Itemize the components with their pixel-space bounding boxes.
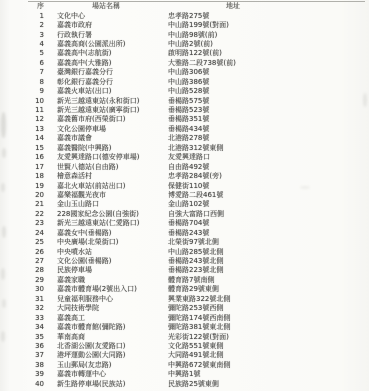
table-row: 29 嘉義家職 體育路7號南側 — [28, 276, 365, 285]
station-name-cell: 嘉義高中(大雅路) — [44, 59, 168, 68]
row-number: 38 — [28, 361, 44, 370]
station-name-cell: 嘉義舊市府(西榮街口) — [44, 115, 168, 124]
row-number: 10 — [28, 97, 44, 106]
row-number: 15 — [28, 144, 44, 153]
station-table-body: 1 文化中心 忠孝路275號 2 嘉義市政府 中山路199號(對面) 3 行政執… — [28, 11, 365, 389]
address-cell: 中山路2號(前) — [168, 40, 365, 49]
address-cell: 垂楊路243號北側 — [168, 257, 365, 266]
row-number: 16 — [28, 153, 44, 162]
address-cell: 垂楊路223號北側 — [168, 266, 365, 275]
scan-smudge — [1, 331, 5, 342]
scan-smudge — [2, 226, 6, 238]
station-name-cell: 嘉義市體育場(2號出入口) — [44, 285, 168, 294]
table-row: 38 玉山郵局(友忠路) 中興路672號東南側 — [28, 361, 365, 370]
row-number: 4 — [28, 40, 44, 49]
table-row: 16 友愛興達路口(德安停車場) 友愛興達路口 — [28, 153, 365, 162]
table-row: 18 檜意森活村 忠孝路284號(旁) — [28, 172, 365, 181]
address-cell: 北港路312號東側 — [168, 144, 365, 153]
station-name-cell: 玉山郵局(友忠路) — [44, 361, 168, 370]
station-name-cell: 新光三越遠東站(永和街口) — [44, 97, 168, 106]
address-cell: 垂楊路243號 — [168, 229, 365, 238]
table-row: 8 彰化銀行嘉義分行 中山路386號 — [28, 78, 365, 87]
station-name-cell: 兒童福利服務中心 — [44, 295, 168, 304]
station-name-cell: 嘉義市轉運中心 — [44, 370, 168, 379]
address-cell: 彌陀路253號西側 — [168, 304, 365, 313]
table-row: 22 228國家紀念公園(自強街) 自強大富路口西側 — [28, 210, 365, 219]
station-name-cell: 228國家紀念公園(自強街) — [44, 210, 168, 219]
row-number: 33 — [28, 314, 44, 323]
address-cell: 中山路98號(前) — [168, 31, 365, 40]
row-number: 12 — [28, 115, 44, 124]
station-name-cell: 文化公園停車場 — [44, 125, 168, 134]
table-row: 15 嘉義醫院(中興路) 北港路312號東側 — [28, 144, 365, 153]
row-number: 17 — [28, 163, 44, 172]
row-number: 25 — [28, 238, 44, 247]
row-number: 1 — [28, 12, 44, 21]
table-row: 27 文化公園(垂楊路) 垂楊路243號北側 — [28, 257, 365, 266]
station-name-cell: 北香湖公園(友愛路口) — [44, 342, 168, 351]
station-name-cell: 港坪運動公園(大同路) — [44, 351, 168, 360]
address-cell: 啟明路122號(前) — [168, 49, 365, 58]
row-number: 22 — [28, 210, 44, 219]
row-number: 8 — [28, 78, 44, 87]
station-name-cell: 中央噴水站 — [44, 248, 168, 257]
station-name-cell: 嘉樂福觀光夜市 — [44, 191, 168, 200]
table-row: 39 嘉義市轉運中心 中興路1號 — [28, 370, 365, 379]
address-cell: 垂楊路434號 — [168, 125, 365, 134]
station-name-cell: 大同技術學院 — [44, 304, 168, 313]
address-cell: 中興路1號 — [168, 370, 365, 379]
row-number: 11 — [28, 106, 44, 115]
address-cell: 垂楊路351號 — [168, 115, 365, 124]
address-cell: 忠孝路275號 — [168, 12, 365, 21]
row-number: 13 — [28, 125, 44, 134]
address-cell: 忠孝路284號(旁) — [168, 172, 365, 181]
table-row: 13 文化公園停車場 垂楊路434號 — [28, 125, 365, 134]
station-name-cell: 嘉義市政府 — [44, 21, 168, 30]
table-row: 36 北香湖公園(友愛路口) 文化路551號東側 — [28, 342, 365, 351]
address-cell: 體育路29號東側 — [168, 285, 365, 294]
table-row: 2 嘉義市政府 中山路199號(對面) — [28, 21, 365, 30]
row-number: 20 — [28, 191, 44, 200]
address-cell: 文化路551號東側 — [168, 342, 365, 351]
scan-smudge — [1, 112, 6, 138]
table-row: 31 兒童福利服務中心 興業東路322號北側 — [28, 295, 365, 304]
station-name-cell: 嘉義醫院(中興路) — [44, 144, 168, 153]
table-row: 17 世賢八德站(自由路) 自由路492號 — [28, 162, 365, 171]
station-name-cell: 嘉義女中(垂楊路) — [44, 229, 168, 238]
table-row: 33 嘉義高工 彌陀路174號西南側 — [28, 313, 365, 322]
address-cell: 垂楊路704號 — [168, 219, 365, 228]
row-number: 14 — [28, 134, 44, 143]
station-name-cell: 行政執行署 — [44, 31, 168, 40]
table-row: 19 嘉北火車站(前站出口) 保健街110號 — [28, 181, 365, 190]
station-name-cell: 嘉義火車站(出口) — [44, 87, 168, 96]
station-name-cell: 嘉義高工 — [44, 314, 168, 323]
row-number: 30 — [28, 285, 44, 294]
table-row: 10 新光三越遠東站(永和街口) 垂楊路575號 — [28, 96, 365, 105]
station-name-cell: 新光三越遠東站(廣寧街口) — [44, 106, 168, 115]
table-row: 37 港坪運動公園(大同路) 大同路491號北側 — [28, 351, 365, 360]
row-number: 26 — [28, 248, 44, 257]
table-row: 26 中央噴水站 中山路285號北側 — [28, 247, 365, 256]
table-row: 9 嘉義火車站(出口) 中山路528號 — [28, 87, 365, 96]
address-cell: 金山路102號 — [168, 200, 365, 209]
station-table: 序 場站名稱 地址 1 文化中心 忠孝路275號 2 嘉義市政府 中山路199號… — [28, 1, 365, 389]
row-number: 29 — [28, 276, 44, 285]
table-row: 30 嘉義市體育場(2號出入口) 體育路29號東側 — [28, 285, 365, 294]
row-number: 35 — [28, 333, 44, 342]
station-table-header: 序 場站名稱 地址 — [28, 2, 365, 11]
scan-smudge — [2, 299, 6, 308]
table-row: 32 大同技術學院 彌陀路253號西側 — [28, 304, 365, 313]
address-cell: 中山路285號北側 — [168, 248, 365, 257]
row-number: 23 — [28, 219, 44, 228]
row-number: 5 — [28, 49, 44, 58]
table-row: 35 華南高商 光彩街122號(對面) — [28, 332, 365, 341]
row-number: 3 — [28, 31, 44, 40]
table-row: 12 嘉義舊市府(西榮街口) 垂楊路351號 — [28, 115, 365, 124]
station-name-cell: 金山玉山路口 — [44, 200, 168, 209]
row-number: 28 — [28, 266, 44, 275]
address-cell: 自由路492號 — [168, 163, 365, 172]
address-cell: 大同路491號北側 — [168, 351, 365, 360]
table-row: 20 嘉樂福觀光夜市 博愛路二段461號 — [28, 191, 365, 200]
station-name-cell: 嘉義家職 — [44, 276, 168, 285]
address-cell: 保健街110號 — [168, 182, 365, 191]
address-cell: 垂楊路575號 — [168, 97, 365, 106]
station-name-cell: 嘉義市體育館(彌陀路) — [44, 323, 168, 332]
row-number: 18 — [28, 172, 44, 181]
row-number: 36 — [28, 342, 44, 351]
row-number: 34 — [28, 323, 44, 332]
table-row: 21 金山玉山路口 金山路102號 — [28, 200, 365, 209]
address-cell: 中山路199號(對面) — [168, 21, 365, 30]
address-cell: 中興路672號東南側 — [168, 361, 365, 370]
row-number: 6 — [28, 59, 44, 68]
header-seq: 序 — [28, 2, 44, 11]
table-row: 4 嘉義高商(公園派出所) 中山路2號(前) — [28, 40, 365, 49]
station-name-cell: 嘉義高商(公園派出所) — [44, 40, 168, 49]
table-row: 11 新光三越遠東站(廣寧街口) 垂楊路523號 — [28, 106, 365, 115]
station-name-cell: 民族停車場 — [44, 266, 168, 275]
station-name-cell: 嘉義市議會 — [44, 134, 168, 143]
row-number: 9 — [28, 87, 44, 96]
station-name-cell: 中央廣場(北榮街口) — [44, 238, 168, 247]
table-row: 1 文化中心 忠孝路275號 — [28, 11, 365, 20]
address-cell: 大雅路二段738號(前) — [168, 59, 365, 68]
address-cell: 北榮街97號北側 — [168, 238, 365, 247]
address-cell: 彌陀路381號東北側 — [168, 323, 365, 332]
address-cell: 中山路386號 — [168, 78, 365, 87]
station-name-cell: 新光三越遠東站(仁愛路口) — [44, 219, 168, 228]
station-name-cell: 友愛興達路口(德安停車場) — [44, 153, 168, 162]
table-row: 3 行政執行署 中山路98號(前) — [28, 30, 365, 39]
station-name-cell: 嘉北火車站(前站出口) — [44, 182, 168, 191]
scan-smudge — [1, 268, 5, 280]
table-row: 23 新光三越遠東站(仁愛路口) 垂楊路704號 — [28, 219, 365, 228]
row-number: 40 — [28, 380, 44, 389]
row-number: 39 — [28, 370, 44, 379]
address-cell: 中山路528號 — [168, 87, 365, 96]
table-row: 7 臺灣銀行嘉義分行 中山路306號 — [28, 68, 365, 77]
address-cell: 民族路25號東側 — [168, 380, 365, 389]
row-number: 24 — [28, 229, 44, 238]
station-name-cell: 檜意森活村 — [44, 172, 168, 181]
row-number: 37 — [28, 351, 44, 360]
station-name-cell: 文化公園(垂楊路) — [44, 257, 168, 266]
table-row: 24 嘉義女中(垂楊路) 垂楊路243號 — [28, 229, 365, 238]
row-number: 7 — [28, 68, 44, 77]
station-name-cell: 華南高商 — [44, 333, 168, 342]
scan-smudge — [1, 183, 5, 192]
station-name-cell: 世賢八德站(自由路) — [44, 163, 168, 172]
table-row: 34 嘉義市體育館(彌陀路) 彌陀路381號東北側 — [28, 323, 365, 332]
station-name-cell: 嘉義高中(志航街) — [44, 49, 168, 58]
scan-smudge — [2, 148, 6, 158]
row-number: 27 — [28, 257, 44, 266]
station-name-cell: 文化中心 — [44, 12, 168, 21]
address-cell: 光彩街122號(對面) — [168, 333, 365, 342]
station-name-cell: 彰化銀行嘉義分行 — [44, 78, 168, 87]
row-number: 32 — [28, 304, 44, 313]
header-address: 地址 — [168, 2, 298, 11]
table-row: 6 嘉義高中(大雅路) 大雅路二段738號(前) — [28, 59, 365, 68]
address-cell: 中山路306號 — [168, 68, 365, 77]
address-cell: 彌陀路174號西南側 — [168, 314, 365, 323]
row-number: 21 — [28, 200, 44, 209]
address-cell: 垂楊路523號 — [168, 106, 365, 115]
address-cell: 體育路7號南側 — [168, 276, 365, 285]
address-cell: 博愛路二段461號 — [168, 191, 365, 200]
address-cell: 北港路278號 — [168, 134, 365, 143]
header-station: 場站名稱 — [44, 2, 168, 11]
table-row: 5 嘉義高中(志航街) 啟明路122號(前) — [28, 49, 365, 58]
table-row: 25 中央廣場(北榮街口) 北榮街97號北側 — [28, 238, 365, 247]
table-row: 28 民族停車場 垂楊路223號北側 — [28, 266, 365, 275]
table-row: 40 新生路停車場(民族站) 民族路25號東側 — [28, 380, 365, 389]
address-cell: 興業東路322號北側 — [168, 295, 365, 304]
station-name-cell: 臺灣銀行嘉義分行 — [44, 68, 168, 77]
address-cell: 友愛興達路口 — [168, 153, 365, 162]
station-name-cell: 新生路停車場(民族站) — [44, 380, 168, 389]
row-number: 2 — [28, 21, 44, 30]
row-number: 19 — [28, 182, 44, 191]
row-number: 31 — [28, 295, 44, 304]
address-cell: 自強大富路口西側 — [168, 210, 365, 219]
table-row: 14 嘉義市議會 北港路278號 — [28, 134, 365, 143]
